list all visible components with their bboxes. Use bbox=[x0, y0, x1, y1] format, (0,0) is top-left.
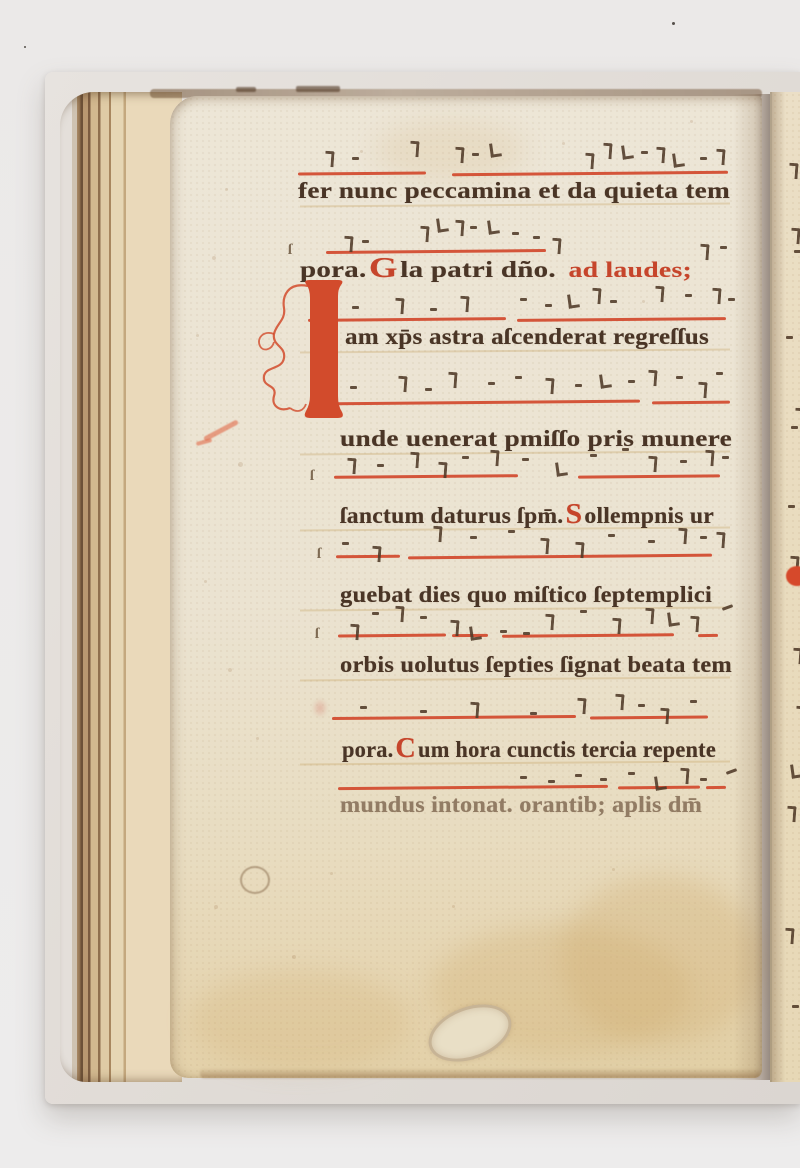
neume-mark bbox=[700, 157, 707, 160]
foxing-dot bbox=[292, 955, 296, 959]
neume-mark bbox=[697, 382, 707, 399]
neume-mark bbox=[489, 142, 502, 157]
latin-text: guebat dies quo miſtico ſeptemplici bbox=[340, 582, 712, 607]
manuscript-text-line: pora.Cum hora cunctis tercia repente bbox=[342, 734, 716, 765]
neume-mark bbox=[690, 700, 697, 703]
margin-cue-mark: ſ bbox=[288, 242, 292, 259]
neume-mark bbox=[591, 288, 601, 305]
foxing-dot bbox=[212, 256, 216, 260]
neume-mark bbox=[533, 236, 540, 239]
foxing-dot bbox=[228, 668, 232, 672]
neume-mark bbox=[654, 775, 667, 790]
neume-mark bbox=[432, 526, 442, 543]
neume-mark bbox=[470, 536, 477, 539]
foxing-dot bbox=[360, 150, 363, 153]
decorated-initial-I bbox=[246, 276, 346, 422]
neume-mark bbox=[459, 296, 469, 313]
neume-mark bbox=[394, 606, 404, 623]
neume-mark bbox=[676, 376, 683, 379]
facing-page-neume-fragment bbox=[790, 228, 800, 245]
facing-page-neume-fragment bbox=[788, 505, 795, 508]
neume-mark bbox=[711, 288, 721, 305]
latin-text: ollempnis ur bbox=[584, 503, 714, 528]
neume-mark bbox=[599, 373, 612, 388]
neume-mark bbox=[430, 308, 437, 311]
manuscript-text-line: ſanctum daturus ſpm̄.Sollempnis ur bbox=[340, 500, 714, 531]
neume-mark bbox=[371, 546, 381, 563]
neume-mark bbox=[436, 217, 449, 232]
neume-mark bbox=[350, 386, 357, 389]
latin-text: am xp̄s astra aſcenderat regreſſus bbox=[345, 324, 709, 349]
latin-text: mundus intonat. orantib; aplis dm̄ bbox=[340, 792, 702, 817]
red-initial-letter: S bbox=[566, 498, 583, 530]
neume-mark bbox=[608, 534, 615, 537]
neume-mark bbox=[515, 376, 522, 379]
parchment-ring-mark bbox=[240, 866, 270, 894]
foxing-dot bbox=[256, 737, 259, 740]
neume-mark bbox=[700, 778, 707, 781]
staff-rule bbox=[706, 786, 726, 789]
facing-page-neume-fragment bbox=[794, 408, 800, 425]
neume-mark bbox=[372, 612, 379, 615]
neume-mark bbox=[352, 157, 359, 160]
neume-mark bbox=[647, 370, 657, 387]
neume-mark bbox=[343, 236, 353, 253]
foxing-dot bbox=[452, 905, 455, 908]
neume-mark bbox=[324, 151, 334, 168]
neume-mark bbox=[614, 694, 624, 711]
neume-mark bbox=[699, 244, 709, 261]
neume-mark bbox=[580, 610, 587, 613]
neume-mark bbox=[409, 141, 419, 158]
neume-mark bbox=[419, 226, 429, 243]
neume-mark bbox=[689, 616, 699, 633]
neume-mark bbox=[360, 706, 367, 709]
neume-mark bbox=[704, 450, 714, 467]
margin-cue-mark: ſ bbox=[315, 626, 319, 643]
margin-cue-mark: ſ bbox=[317, 546, 321, 563]
neume-mark bbox=[544, 378, 554, 395]
foxing-dot bbox=[225, 188, 228, 191]
page-block-bottom-edge bbox=[200, 1068, 760, 1078]
neume-mark bbox=[641, 151, 648, 154]
neume-mark bbox=[447, 372, 457, 389]
facing-page-neume-fragment bbox=[794, 250, 800, 253]
neume-mark bbox=[659, 708, 669, 725]
manuscript-text-line: mundus intonat. orantib; aplis dm̄ bbox=[340, 790, 702, 820]
manuscript-text-line: unde uenerat pmiſſo pris munere bbox=[340, 424, 732, 454]
background-speck bbox=[672, 22, 675, 25]
manuscript-text-line: fer nunc peccamina et da quieta tem bbox=[298, 176, 730, 206]
facing-page-neume-fragment bbox=[786, 336, 793, 339]
latin-text: pora. bbox=[342, 737, 393, 762]
neume-mark bbox=[488, 382, 495, 385]
initial-I-glyph bbox=[246, 276, 346, 422]
neume-mark bbox=[469, 625, 482, 640]
staff-rule bbox=[336, 555, 400, 559]
neume-mark bbox=[700, 536, 707, 539]
page-top-stain bbox=[236, 87, 256, 92]
neume-mark bbox=[349, 624, 359, 641]
facing-page-neume-fragment bbox=[790, 763, 800, 778]
neume-mark bbox=[420, 616, 427, 619]
neume-mark bbox=[584, 153, 594, 170]
neume-mark bbox=[600, 778, 607, 781]
neume-mark bbox=[522, 458, 529, 461]
neume-mark bbox=[610, 300, 617, 303]
margin-cue-mark: ſ bbox=[310, 468, 314, 485]
background-speck bbox=[24, 46, 26, 48]
red-initial-letter: G bbox=[369, 252, 398, 284]
facing-page-neume-fragment bbox=[791, 426, 798, 429]
latin-text: orbis uolutus ſepties ſignat beata tem bbox=[340, 652, 732, 677]
foxing-dot bbox=[196, 334, 199, 337]
facing-page-neume-fragment bbox=[786, 806, 796, 823]
foxing-dot bbox=[214, 905, 218, 909]
page-top-stain bbox=[296, 86, 340, 92]
staff-rule bbox=[698, 634, 718, 637]
neume-mark bbox=[487, 219, 500, 234]
latin-text: unde uenerat pmiſſo pris munere bbox=[340, 426, 732, 451]
foxing-dot bbox=[562, 142, 565, 145]
neume-mark bbox=[409, 452, 419, 469]
foxing-dot bbox=[238, 462, 243, 467]
neume-mark bbox=[544, 614, 554, 631]
latin-text: ſanctum daturus ſpm̄. bbox=[340, 503, 563, 528]
neume-mark bbox=[342, 542, 349, 545]
neume-mark bbox=[555, 461, 568, 476]
neume-mark bbox=[352, 306, 359, 309]
facing-page-neume-fragment bbox=[792, 1005, 799, 1008]
neume-mark bbox=[647, 456, 657, 473]
neume-mark bbox=[512, 232, 519, 235]
neume-mark bbox=[644, 608, 654, 625]
parchment-stain bbox=[560, 875, 760, 1045]
neume-mark bbox=[575, 774, 582, 777]
neume-mark bbox=[685, 294, 692, 297]
neume-mark bbox=[551, 238, 561, 255]
manuscript-text-line: pora.Gla patri dño.ad laudes; bbox=[300, 254, 692, 285]
foxing-dot bbox=[204, 580, 207, 583]
neume-mark bbox=[655, 147, 665, 164]
neume-mark bbox=[437, 462, 447, 479]
neume-mark bbox=[362, 240, 369, 243]
neume-mark bbox=[397, 376, 407, 393]
neume-mark bbox=[346, 458, 356, 475]
foxing-dot bbox=[612, 868, 615, 871]
neume-mark bbox=[472, 153, 479, 156]
neume-mark bbox=[530, 712, 537, 715]
foxing-dot bbox=[330, 872, 333, 875]
neume-mark bbox=[574, 542, 584, 559]
page-edge-stack bbox=[60, 92, 182, 1082]
neume-mark bbox=[628, 380, 635, 383]
foxing-dot bbox=[642, 300, 645, 303]
neume-mark bbox=[716, 372, 723, 375]
neume-mark bbox=[489, 450, 499, 467]
neume-mark bbox=[677, 528, 687, 545]
neume-mark bbox=[722, 456, 729, 459]
facing-page-neume-fragment bbox=[795, 706, 800, 723]
pink-smudge bbox=[312, 698, 328, 718]
neume-mark bbox=[680, 460, 687, 463]
neume-mark bbox=[462, 456, 469, 459]
neume-mark bbox=[520, 776, 527, 779]
neume-mark bbox=[500, 630, 507, 633]
neume-mark bbox=[575, 384, 582, 387]
neume-mark bbox=[648, 540, 655, 543]
latin-text: la patri dño. bbox=[400, 257, 556, 282]
neume-mark bbox=[672, 152, 685, 167]
neume-mark bbox=[720, 246, 727, 249]
manuscript-text-line: am xp̄s astra aſcenderat regreſſus bbox=[345, 322, 709, 352]
neume-mark bbox=[469, 702, 479, 719]
neume-mark bbox=[611, 618, 621, 635]
neume-mark bbox=[576, 698, 586, 715]
neume-mark bbox=[520, 298, 527, 301]
neume-mark bbox=[420, 710, 427, 713]
latin-text: um hora cunctis tercia repente bbox=[418, 737, 716, 762]
foxing-dot bbox=[690, 120, 693, 123]
neume-mark bbox=[679, 768, 689, 785]
manuscript-photo: fer nunc peccamina et da quieta tempora.… bbox=[0, 0, 800, 1168]
latin-text: fer nunc peccamina et da quieta tem bbox=[298, 178, 730, 203]
neume-mark bbox=[545, 304, 552, 307]
neume-mark bbox=[377, 464, 384, 467]
neume-mark bbox=[667, 611, 680, 626]
neume-mark bbox=[715, 149, 725, 166]
neume-mark bbox=[590, 454, 597, 457]
facing-page-neume-fragment bbox=[788, 163, 798, 180]
neume-mark bbox=[622, 448, 629, 451]
red-initial-letter: C bbox=[395, 732, 416, 764]
neume-mark bbox=[394, 298, 404, 315]
neume-mark bbox=[454, 147, 464, 164]
neume-mark bbox=[654, 286, 664, 303]
neume-mark bbox=[454, 220, 464, 237]
neume-mark bbox=[470, 226, 477, 229]
neume-mark bbox=[508, 530, 515, 533]
neume-mark bbox=[621, 144, 634, 159]
neume-mark bbox=[638, 704, 645, 707]
neume-mark bbox=[523, 632, 530, 635]
rubric-text: ad laudes; bbox=[568, 257, 692, 282]
neume-mark bbox=[539, 538, 549, 555]
neume-mark bbox=[548, 780, 555, 783]
facing-page-neume-fragment bbox=[784, 928, 794, 945]
neume-mark bbox=[602, 143, 612, 160]
neume-mark bbox=[628, 772, 635, 775]
facing-page-neume-fragment bbox=[792, 648, 800, 665]
neume-mark bbox=[449, 620, 459, 637]
neume-mark bbox=[715, 532, 725, 549]
gutter-shadow bbox=[733, 94, 771, 1080]
parchment-stain bbox=[190, 970, 410, 1070]
neume-mark bbox=[567, 293, 580, 308]
manuscript-text-line: orbis uolutus ſepties ſignat beata tem bbox=[340, 650, 732, 680]
neume-mark bbox=[425, 388, 432, 391]
